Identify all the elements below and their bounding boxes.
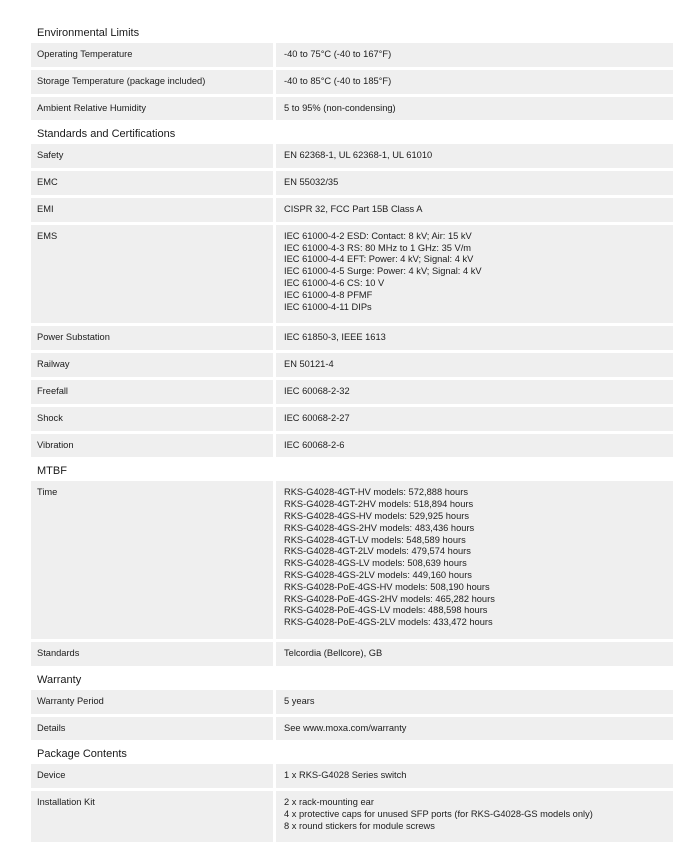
spec-value-line: 2 x rack-mounting ear [284,797,667,809]
spec-value: IEC 60068-2-27 [276,407,673,431]
spec-value: IEC 60068-2-32 [276,380,673,404]
spec-row-power-substation: Power SubstationIEC 61850-3, IEEE 1613 [31,326,673,350]
spec-row-installation-kit: Installation Kit2 x rack-mounting ear4 x… [31,791,673,842]
spec-value-line: 5 to 95% (non-condensing) [284,103,667,115]
spec-value-line: RKS-G4028-4GS-2HV models: 483,436 hours [284,523,667,535]
section-package-contents: Package ContentsDevice1 x RKS-G4028 Seri… [31,745,673,842]
spec-row-warranty-period: Warranty Period5 years [31,690,673,714]
spec-row-safety: SafetyEN 62368-1, UL 62368-1, UL 61010 [31,144,673,168]
spec-sheet: Environmental LimitsOperating Temperatur… [31,24,673,844]
spec-value-line: CISPR 32, FCC Part 15B Class A [284,204,667,216]
spec-value-line: RKS-G4028-PoE-4GS-HV models: 508,190 hou… [284,582,667,594]
spec-value-line: RKS-G4028-4GT-HV models: 572,888 hours [284,487,667,499]
spec-value: IEC 60068-2-6 [276,434,673,458]
section-standards-and-certifications: Standards and CertificationsSafetyEN 623… [31,125,673,457]
spec-label: Safety [31,144,273,168]
spec-label: Ambient Relative Humidity [31,97,273,121]
spec-value: 5 years [276,690,673,714]
spec-value-line: IEC 60068-2-6 [284,440,667,452]
spec-label: Railway [31,353,273,377]
section-environmental-limits: Environmental LimitsOperating Temperatur… [31,24,673,120]
spec-value-line: Telcordia (Bellcore), GB [284,648,667,660]
spec-value-line: RKS-G4028-4GS-HV models: 529,925 hours [284,511,667,523]
spec-row-emc: EMCEN 55032/35 [31,171,673,195]
spec-row-standards: StandardsTelcordia (Bellcore), GB [31,642,673,666]
spec-value: 1 x RKS-G4028 Series switch [276,764,673,788]
spec-value-line: See www.moxa.com/warranty [284,723,667,735]
spec-value: -40 to 85°C (-40 to 185°F) [276,70,673,94]
spec-value-line: EN 55032/35 [284,177,667,189]
spec-value-line: IEC 60068-2-32 [284,386,667,398]
spec-value-line: -40 to 85°C (-40 to 185°F) [284,76,667,88]
section-mtbf: MTBFTimeRKS-G4028-4GT-HV models: 572,888… [31,462,673,665]
spec-label: Freefall [31,380,273,404]
spec-label: Power Substation [31,326,273,350]
spec-value-line: RKS-G4028-4GT-2LV models: 479,574 hours [284,546,667,558]
spec-row-time: TimeRKS-G4028-4GT-HV models: 572,888 hou… [31,481,673,639]
section-warranty: WarrantyWarranty Period5 yearsDetailsSee… [31,671,673,741]
spec-value-line: RKS-G4028-PoE-4GS-LV models: 488,598 hou… [284,605,667,617]
spec-value-line: 5 years [284,696,667,708]
spec-value-line: RKS-G4028-PoE-4GS-2LV models: 433,472 ho… [284,617,667,629]
section-title: MTBF [31,462,673,481]
section-title: Package Contents [31,745,673,764]
spec-value-line: IEC 60068-2-27 [284,413,667,425]
spec-value: 5 to 95% (non-condensing) [276,97,673,121]
spec-value-line: RKS-G4028-4GT-2HV models: 518,894 hours [284,499,667,511]
spec-row-railway: RailwayEN 50121-4 [31,353,673,377]
spec-value: EN 55032/35 [276,171,673,195]
spec-label: Storage Temperature (package included) [31,70,273,94]
spec-row-vibration: VibrationIEC 60068-2-6 [31,434,673,458]
spec-label: EMI [31,198,273,222]
spec-value-line: IEC 61000-4-11 DIPs [284,302,667,314]
spec-value-line: RKS-G4028-PoE-4GS-2HV models: 465,282 ho… [284,594,667,606]
spec-value-line: EN 62368-1, UL 62368-1, UL 61010 [284,150,667,162]
spec-row-freefall: FreefallIEC 60068-2-32 [31,380,673,404]
spec-value: IEC 61850-3, IEEE 1613 [276,326,673,350]
spec-row-device: Device1 x RKS-G4028 Series switch [31,764,673,788]
spec-value-line: RKS-G4028-4GS-2LV models: 449,160 hours [284,570,667,582]
spec-value-line: IEC 61000-4-4 EFT: Power: 4 kV; Signal: … [284,254,667,266]
spec-value-line: RKS-G4028-4GS-LV models: 508,639 hours [284,558,667,570]
spec-value-line: IEC 61000-4-2 ESD: Contact: 8 kV; Air: 1… [284,231,667,243]
spec-row-emi: EMICISPR 32, FCC Part 15B Class A [31,198,673,222]
spec-value-line: IEC 61000-4-6 CS: 10 V [284,278,667,290]
section-title: Standards and Certifications [31,125,673,144]
section-title: Environmental Limits [31,24,673,43]
spec-row-ambient-relative-humidity: Ambient Relative Humidity5 to 95% (non-c… [31,97,673,121]
spec-row-details: DetailsSee www.moxa.com/warranty [31,717,673,741]
spec-value-line: 4 x protective caps for unused SFP ports… [284,809,667,821]
spec-row-storage-temperature-package-included: Storage Temperature (package included)-4… [31,70,673,94]
spec-label: Time [31,481,273,639]
spec-row-shock: ShockIEC 60068-2-27 [31,407,673,431]
spec-value-line: -40 to 75°C (-40 to 167°F) [284,49,667,61]
spec-value-line: IEC 61000-4-5 Surge: Power: 4 kV; Signal… [284,266,667,278]
spec-value-line: IEC 61000-4-3 RS: 80 MHz to 1 GHz: 35 V/… [284,243,667,255]
spec-value: See www.moxa.com/warranty [276,717,673,741]
spec-value-line: IEC 61000-4-8 PFMF [284,290,667,302]
spec-row-operating-temperature: Operating Temperature-40 to 75°C (-40 to… [31,43,673,67]
spec-value: RKS-G4028-4GT-HV models: 572,888 hoursRK… [276,481,673,639]
spec-label: Shock [31,407,273,431]
spec-value: EN 50121-4 [276,353,673,377]
spec-label: Standards [31,642,273,666]
spec-row-ems: EMSIEC 61000-4-2 ESD: Contact: 8 kV; Air… [31,225,673,324]
spec-value-line: RKS-G4028-4GT-LV models: 548,589 hours [284,535,667,547]
spec-value-line: EN 50121-4 [284,359,667,371]
spec-label: Device [31,764,273,788]
spec-value: Telcordia (Bellcore), GB [276,642,673,666]
spec-value: -40 to 75°C (-40 to 167°F) [276,43,673,67]
spec-label: Vibration [31,434,273,458]
spec-value: 2 x rack-mounting ear4 x protective caps… [276,791,673,842]
spec-label: EMS [31,225,273,324]
section-title: Warranty [31,671,673,690]
spec-label: Details [31,717,273,741]
spec-label: Installation Kit [31,791,273,842]
spec-label: EMC [31,171,273,195]
spec-value: IEC 61000-4-2 ESD: Contact: 8 kV; Air: 1… [276,225,673,324]
spec-label: Warranty Period [31,690,273,714]
spec-value-line: IEC 61850-3, IEEE 1613 [284,332,667,344]
spec-value-line: 8 x round stickers for module screws [284,821,667,833]
spec-label: Operating Temperature [31,43,273,67]
spec-value-line: 1 x RKS-G4028 Series switch [284,770,667,782]
spec-value: EN 62368-1, UL 62368-1, UL 61010 [276,144,673,168]
spec-value: CISPR 32, FCC Part 15B Class A [276,198,673,222]
